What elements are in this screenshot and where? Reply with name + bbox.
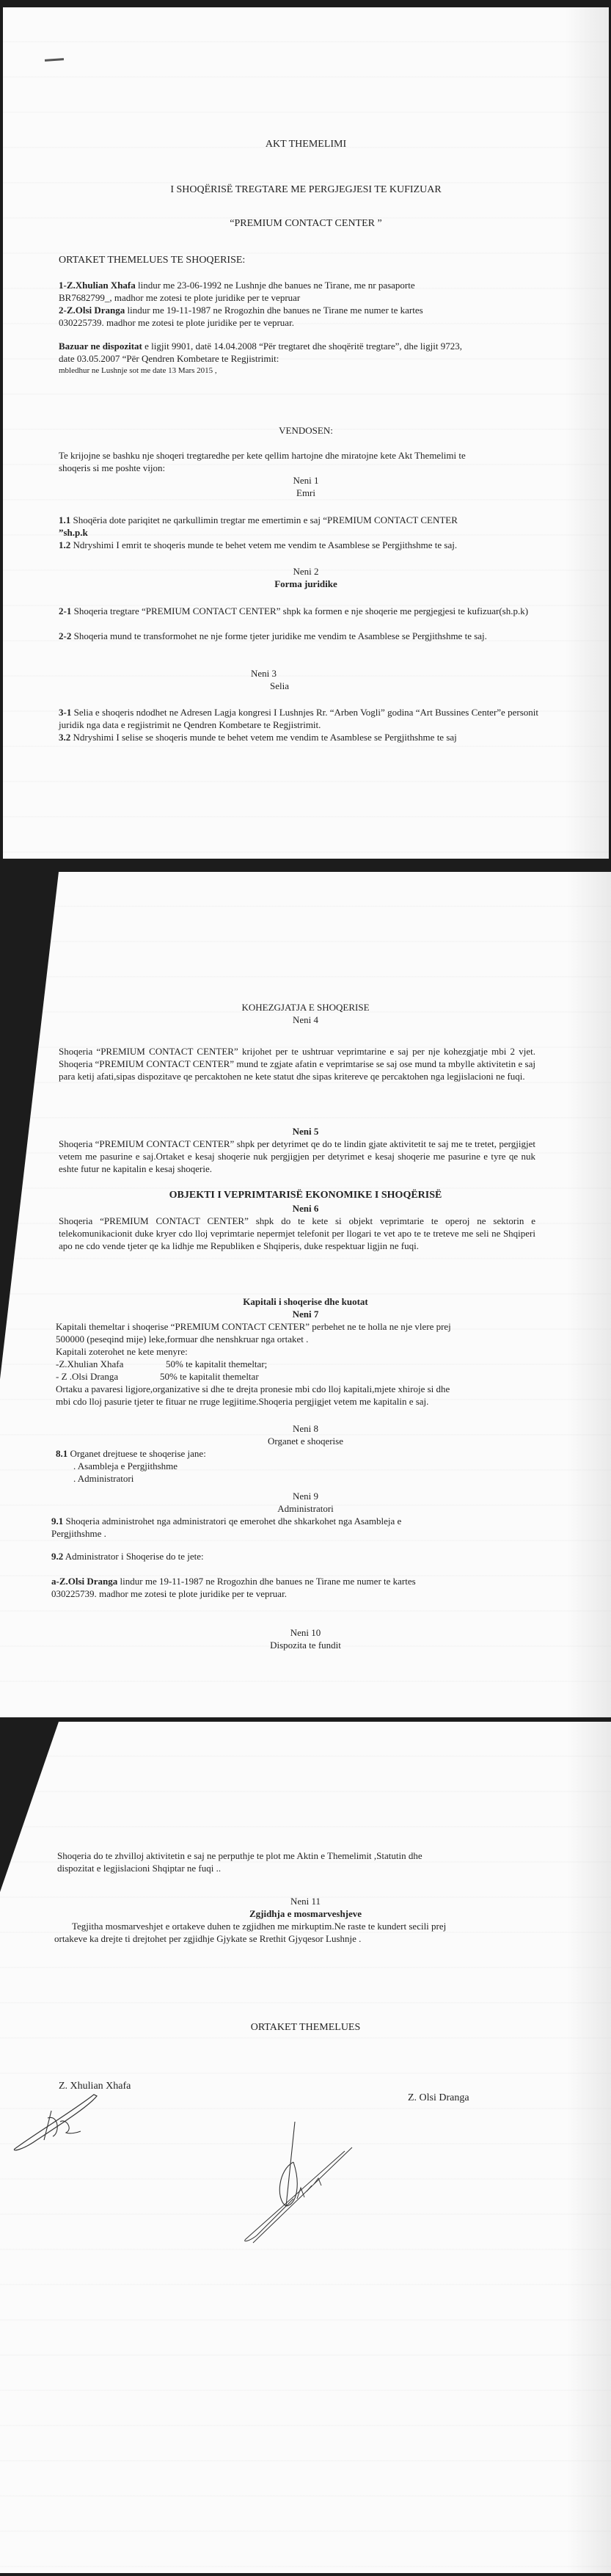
document-page-3: Shoqeria do te zhvilloj aktivitetin e sa… (0, 1722, 611, 2573)
para-3-1: 3-1 Selia e shoqeris ndodhet ne Adresen … (59, 706, 538, 731)
founders-heading: ORTAKET THEMELUES TE SHOQERISE: (59, 254, 245, 266)
founder-2: 2-Z.Olsi Dranga lindur me 19-11-1987 ne … (59, 304, 423, 316)
capital-heading: Kapitali i shoqerise dhe kuotat (0, 1295, 611, 1308)
para-4: Shoqeria “PREMIUM CONTACT CENTER” krijoh… (59, 1045, 535, 1083)
para-7-line4: Ortaku a pavaresi ligjore,organizative s… (56, 1383, 450, 1395)
para-6: Shoqeria “PREMIUM CONTACT CENTER” shpk d… (59, 1215, 535, 1252)
neni-3-title: Selia (270, 680, 289, 692)
legal-basis-line2: date 03.05.2007 “Për Qendren Kombetare t… (59, 352, 279, 365)
administrator-text: lindur me 19-11-1987 ne Rrogozhin dhe ba… (117, 1576, 415, 1587)
para-number: 9.1 (51, 1516, 63, 1527)
neni-8: Neni 8 (0, 1422, 611, 1435)
share-value: 50% te kapitalit themeltar (160, 1370, 259, 1383)
share-row: - Z .Olsi Dranga (56, 1370, 118, 1383)
para-2-1: 2-1 Shoqeria tregtare “PREMIUM CONTACT C… (59, 605, 538, 617)
legal-basis-text: e ligjit 9901, datë 14.04.2008 “Për treg… (142, 341, 462, 352)
founder-1: 1-Z.Xhulian Xhafa lindur me 23-06-1992 n… (59, 279, 415, 291)
para-number: 3-1 (59, 707, 71, 718)
administrator: a-Z.Olsi Dranga lindur me 19-11-1987 ne … (51, 1575, 416, 1587)
para-number: 1.1 (59, 514, 70, 525)
para-1-1: 1.1 Shoqëria dote pariqitet ne qarkullim… (59, 514, 458, 526)
para-9-1-cont: Pergjithshme . (51, 1527, 106, 1540)
share-value: 50% te kapitalit themeltar; (166, 1358, 267, 1370)
signature-2-icon (242, 2118, 359, 2250)
neni-8-title: Organet e shoqerise (0, 1435, 611, 1447)
para-7-line5: mbi cdo lloj pasurie tjeter te fituar ne… (56, 1395, 428, 1408)
intro-line2: shoqeris si me poshte vijon: (59, 462, 165, 474)
para-11-line1: Tegjitha mosmarveshjet e ortakeve duhen … (72, 1920, 446, 1932)
para-1-2: 1.2 Ndryshimi I emrit te shoqeris munde … (59, 539, 457, 551)
neni-5: Neni 5 (0, 1125, 611, 1138)
founder-2-line2: 030225739. madhor me zotesi te plote jur… (59, 316, 294, 329)
para-text: Shoqeria administrohet nga administrator… (63, 1516, 401, 1527)
neni-10: Neni 10 (0, 1626, 611, 1639)
neni-6: Neni 6 (0, 1202, 611, 1215)
document-title: AKT THEMELIMI (3, 138, 609, 150)
para-1-1-cont: ”sh.p.k (59, 526, 88, 539)
para-7-line2: 500000 (peseqind mije) leke,formuar dhe … (56, 1333, 308, 1345)
organ-item: . Asambleja e Pergjithshme (73, 1460, 178, 1472)
neni-11: Neni 11 (0, 1895, 611, 1907)
para-text: Shoqeria tregtare “PREMIUM CONTACT CENTE… (71, 605, 528, 616)
para-text: Organet drejtuese te shoqerise jane: (67, 1448, 206, 1459)
organ-item: . Administratori (73, 1472, 133, 1485)
administrator-name: a-Z.Olsi Dranga (51, 1576, 117, 1587)
para-11-line2: ortakeve ka drejte ti drejtohet per zgji… (54, 1932, 361, 1945)
para-7-line3: Kapitali zoterohet ne kete menyre: (56, 1345, 188, 1358)
para-number: 2-2 (59, 630, 71, 641)
para-10-line2: dispozitat e legjislacioni Shqiptar ne f… (57, 1862, 221, 1874)
para-number: 2-1 (59, 605, 71, 616)
para-9-2: 9.2 Administrator i Shoqerise do te jete… (51, 1550, 204, 1562)
signatures-heading: ORTAKET THEMELUES (0, 2021, 611, 2034)
neni-10-title: Dispozita te fundit (0, 1639, 611, 1651)
para-text: Selia e shoqeris ndodhet ne Adresen Lagj… (59, 707, 538, 730)
page-shadow (567, 1722, 611, 2573)
object-heading: OBJEKTI I VEPRIMTARISË EKONOMIKE I SHOQË… (0, 1189, 611, 1201)
neni-2-title: Forma juridike (3, 578, 609, 590)
para-3-2: 3.2 Ndryshimi I selise se shoqeris munde… (59, 731, 538, 743)
para-number: 9.2 (51, 1551, 63, 1562)
signer-2-name: Z. Olsi Dranga (408, 2092, 469, 2104)
para-9-1: 9.1 Shoqeria administrohet nga administr… (51, 1515, 401, 1527)
neni-1: Neni 1 (3, 474, 609, 487)
para-10-line1: Shoqeria do te zhvilloj aktivitetin e sa… (57, 1849, 422, 1862)
page-shadow (565, 7, 609, 859)
founder-1-text: lindur me 23-06-1992 ne Lushnje dhe banu… (136, 280, 415, 291)
founder-2-name: 2-Z.Olsi Dranga (59, 305, 125, 316)
company-name: “PREMIUM CONTACT CENTER ” (3, 217, 609, 230)
neni-11-title: Zgjidhja e mosmarveshjeve (0, 1907, 611, 1920)
neni-9: Neni 9 (0, 1490, 611, 1502)
duration-heading: KOHEZGJATJA E SHOQERISE (0, 1001, 611, 1014)
document-page-2: KOHEZGJATJA E SHOQERISE Neni 4 Shoqeria … (0, 872, 611, 1717)
para-number: 8.1 (56, 1448, 67, 1459)
para-2-2: 2-2 Shoqeria mund te transformohet ne nj… (59, 630, 538, 642)
legal-basis-label: Bazuar ne dispozitat (59, 341, 142, 352)
para-number: 3.2 (59, 732, 70, 743)
neni-9-title: Administratori (0, 1502, 611, 1515)
pen-mark (45, 58, 64, 62)
para-text: Ndryshimi I emrit te shoqeris munde te b… (70, 539, 457, 550)
para-text: Administrator i Shoqerise do te jete: (63, 1551, 203, 1562)
share-row: -Z.Xhulian Xhafa (56, 1358, 123, 1370)
para-text: Shoqëria dote pariqitet ne qarkullimin t… (70, 514, 458, 525)
founder-1-line2: BR7682799_, madhor me zotesi te plote ju… (59, 291, 300, 304)
para-5: Shoqeria “PREMIUM CONTACT CENTER” shpk p… (59, 1138, 535, 1175)
neni-3: Neni 3 (251, 667, 277, 680)
decided-heading: VENDOSEN: (3, 424, 609, 437)
neni-4: Neni 4 (0, 1014, 611, 1026)
founder-1-name: 1-Z.Xhulian Xhafa (59, 280, 136, 291)
neni-2: Neni 2 (3, 565, 609, 578)
para-text: Ndryshimi I selise se shoqeris munde te … (70, 732, 457, 743)
neni-1-title: Emri (3, 487, 609, 499)
page-shadow (567, 872, 611, 1717)
intro-line1: Te krijojne se bashku nje shoqeri tregta… (59, 449, 466, 462)
para-number: 1.2 (59, 539, 70, 550)
para-8-1: 8.1 Organet drejtuese te shoqerise jane: (56, 1447, 206, 1460)
document-subtitle: I SHOQËRISË TREGTARE ME PERGJEGJESI TE K… (3, 183, 609, 196)
meeting-text: mbledhur ne Lushnje sot me date 13 Mars … (59, 365, 217, 377)
neni-7: Neni 7 (0, 1308, 611, 1320)
signature-1-icon (7, 2089, 103, 2155)
document-page-1: AKT THEMELIMI I SHOQËRISË TREGTARE ME PE… (3, 7, 609, 859)
legal-basis: Bazuar ne dispozitat e ligjit 9901, datë… (59, 340, 462, 352)
founder-2-text: lindur me 19-11-1987 ne Rrogozhin dhe ba… (125, 305, 422, 316)
para-7-line1: Kapitali themeltar i shoqerise “PREMIUM … (56, 1320, 451, 1333)
administrator-line2: 030225739. madhor me zotesi te plote jur… (51, 1587, 287, 1600)
para-text: Shoqeria mund te transformohet ne nje fo… (71, 630, 487, 641)
